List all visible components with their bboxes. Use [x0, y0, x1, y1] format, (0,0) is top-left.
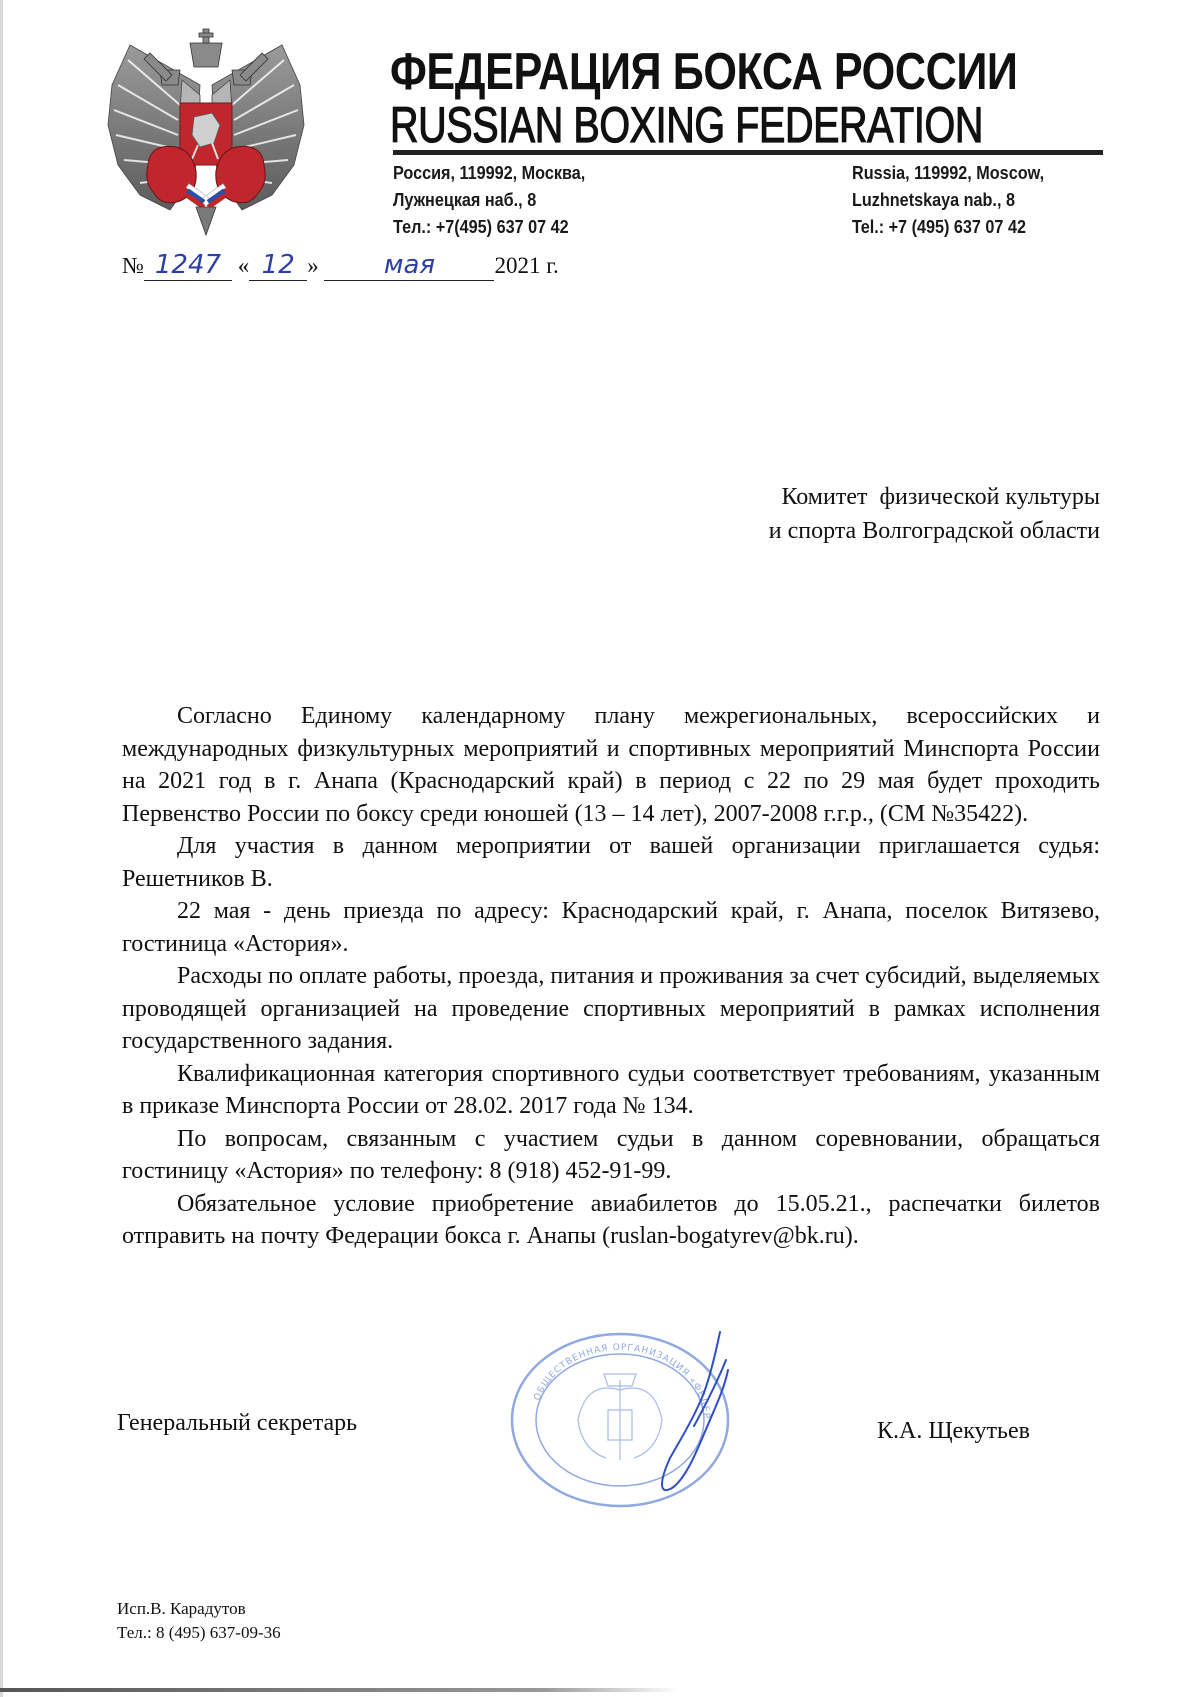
executor-phone: Тел.: 8 (495) 637-09-36 [117, 1621, 281, 1645]
signatory-name: К.А. Щекутьев [877, 1418, 1030, 1445]
address-ru-phone: Тел.: +7(495) 637 07 42 [393, 214, 585, 241]
date-month: мая [324, 250, 494, 281]
letter-body: Согласно Единому календарному плану межр… [122, 700, 1100, 1253]
body-paragraph: Для участия в данном мероприятии от ваше… [122, 830, 1100, 895]
addressee-line2: и спорта Волгоградской области [769, 514, 1100, 548]
signatory-position: Генеральный секретарь [117, 1410, 357, 1437]
addressee-block: Комитет физической культуры и спорта Вол… [769, 480, 1100, 548]
address-en-line2: Luzhnetskaya nab., 8 [852, 187, 1044, 214]
executor-name: Исп.В. Карадутов [117, 1597, 281, 1621]
date-year: 2021 г. [494, 253, 558, 278]
address-ru: Россия, 119992, Москва, Лужнецкая наб., … [393, 160, 585, 241]
body-paragraph: Согласно Единому календарному плану межр… [122, 700, 1100, 830]
body-paragraph: Обязательное условие приобретение авиаби… [122, 1188, 1100, 1253]
scan-edge-bottom [0, 1688, 680, 1692]
body-paragraph: Расходы по оплате работы, проезда, питан… [122, 960, 1100, 1058]
org-name-en: RUSSIAN BOXING FEDERATION [390, 96, 955, 154]
outgoing-number: 1247 [144, 250, 232, 281]
boxing-federation-emblem-icon [100, 25, 312, 237]
addressee-line1: Комитет физической культуры [769, 480, 1100, 514]
scan-edge-left [0, 0, 3, 1697]
body-paragraph: 22 мая - день приезда по адресу: Краснод… [122, 895, 1100, 960]
body-paragraph: Квалификационная категория спортивного с… [122, 1058, 1100, 1123]
executor-info: Исп.В. Карадутов Тел.: 8 (495) 637-09-36 [117, 1597, 281, 1645]
address-ru-line1: Россия, 119992, Москва, [393, 160, 585, 187]
address-en: Russia, 119992, Moscow, Luzhnetskaya nab… [852, 160, 1044, 241]
letter-page: ФЕДЕРАЦИЯ БОКСА РОССИИ RUSSIAN BOXING FE… [0, 0, 1200, 1697]
number-sign: № [122, 253, 144, 278]
registration-line: №1247 «12» мая2021 г. [122, 250, 559, 281]
address-ru-line2: Лужнецкая наб., 8 [393, 187, 585, 214]
address-en-line1: Russia, 119992, Moscow, [852, 160, 1044, 187]
date-day: 12 [249, 250, 307, 281]
header-divider [393, 150, 1103, 155]
handwritten-signature-icon [620, 1330, 740, 1500]
quote-close: » [307, 253, 319, 278]
address-en-phone: Tel.: +7 (495) 637 07 42 [852, 214, 1044, 241]
quote-open: « [238, 253, 250, 278]
body-paragraph: По вопросам, связанным с участием судьи … [122, 1123, 1100, 1188]
org-name-ru: ФЕДЕРАЦИЯ БОКСА РОССИИ [390, 42, 983, 102]
